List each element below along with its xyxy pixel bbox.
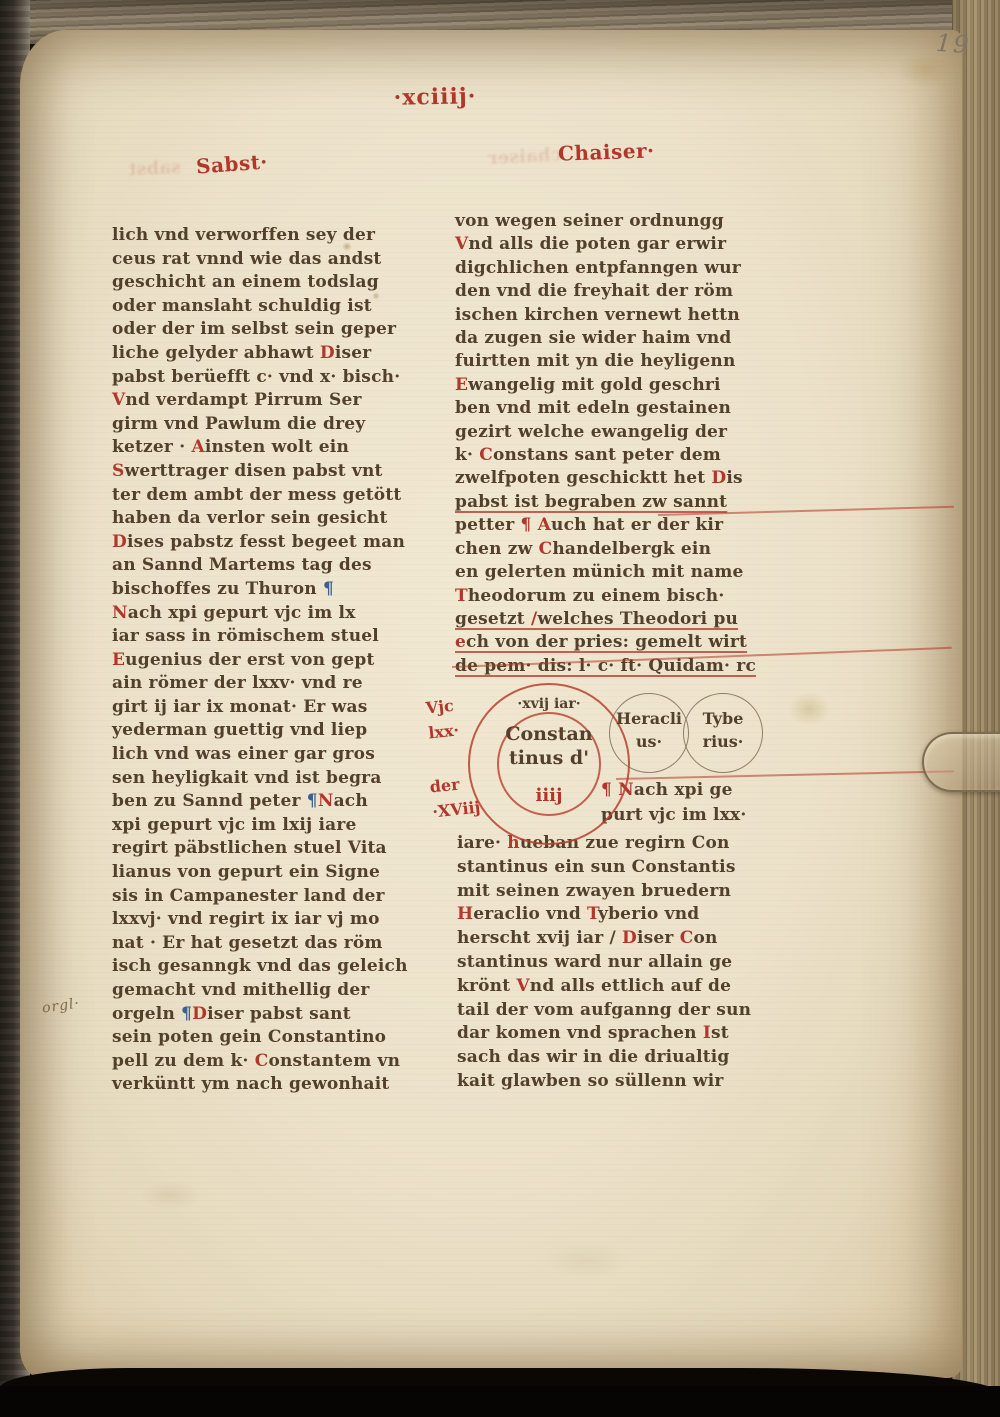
text-line: geschicht an einem todslag	[112, 271, 388, 295]
ink-text: pell zu dem k·	[112, 1051, 255, 1071]
ink-text: xpi gepurt vjc im lxij iare	[112, 815, 357, 835]
text-line: ain römer der lxxv· vnd re	[112, 672, 388, 696]
rubricated-text: I	[703, 1023, 711, 1043]
rubricated-text: C	[479, 445, 493, 465]
rubricated-text: D	[320, 343, 335, 363]
ink-text: ach xpi ge	[634, 780, 733, 800]
ink-text: stantinus ein sun Constantis	[457, 857, 736, 877]
margin-year-annotation: Vjc lxx·	[424, 693, 460, 746]
text-line: ech von der pries: gemelt wirt	[455, 631, 755, 654]
rubricated-text: E	[455, 375, 468, 395]
text-line: stantinus ward nur allain ge	[457, 951, 757, 975]
ink-text: mit seinen zwayen bruedern	[457, 881, 731, 901]
text-line: Eugenius der erst von gept	[112, 649, 388, 673]
co-ruler-name-line: rius·	[684, 732, 762, 751]
text-line: ischen kirchen vernewt hettn	[455, 304, 755, 327]
text-line: stantinus ein sun Constantis	[457, 856, 757, 880]
text-line: ben vnd mit edeln gestainen	[455, 397, 755, 420]
ink-text: welches Theodori pu	[537, 609, 738, 629]
ink-text: yederman guettig vnd liep	[112, 720, 367, 740]
ink-text: uch hat er der kir	[551, 515, 723, 535]
ink-text: lich vnd was einer gar gros	[112, 744, 375, 764]
ink-text: eraclio vnd	[473, 904, 587, 924]
ink-text: ain römer der lxxv· vnd re	[112, 673, 363, 693]
rubricated-text: T	[455, 586, 468, 606]
ink-text: nat · Er hat gesetzt das röm	[112, 933, 383, 953]
right-text-column-upper: von wegen seiner ordnunggVnd alls die po…	[455, 210, 755, 678]
photo-background-bottom	[0, 1368, 1000, 1417]
ink-text: lich vnd verworffen sey der	[112, 225, 375, 245]
text-line: en gelerten münich mit name	[455, 561, 755, 584]
rubricated-text: S	[112, 461, 124, 481]
rubricated-text: N	[318, 791, 334, 811]
ink-text: herscht xvij iar /	[457, 928, 622, 948]
rubricated-text: A	[538, 515, 551, 535]
ink-text: purt vjc im lxx·	[601, 805, 746, 825]
ink-text: verküntt ym nach gewonhait	[112, 1074, 389, 1094]
text-line: sen heyligkait vnd ist begra	[112, 767, 388, 791]
ink-text: onstantem vn	[268, 1051, 400, 1071]
text-line: lich vnd verworffen sey der	[112, 224, 388, 248]
rubricated-text: V	[455, 234, 468, 254]
blue-paragraph-mark: ¶	[181, 1004, 192, 1024]
ink-text: pabst berüefft c· vnd x· bisch·	[112, 367, 400, 387]
text-line: ter dem ambt der mess getött	[112, 484, 388, 508]
left-text-column: lich vnd verworffen sey derceus rat vnnd…	[112, 224, 388, 1097]
column-header-emperor: Chaiser·	[558, 138, 655, 165]
ink-text: iser pabst sant	[207, 1004, 351, 1024]
rubricated-text: V	[516, 976, 529, 996]
rubricated-text: C	[539, 539, 553, 559]
ink-text: ugenius der erst von gept	[125, 650, 374, 670]
ink-text: haben da verlor sein gesicht	[112, 508, 388, 528]
blue-paragraph-mark: ¶	[307, 791, 318, 811]
text-line: k· Constans sant peter dem	[455, 444, 755, 467]
ink-text: oder der im selbst sein geper	[112, 319, 396, 339]
text-line: Swerttrager disen pabst vnt	[112, 460, 388, 484]
text-line: da zugen sie wider haim vnd	[455, 327, 755, 350]
text-line: sach das wir in die driualtig	[457, 1046, 757, 1070]
ink-text: onstans sant peter dem	[493, 445, 721, 465]
text-line: kait glawben so süllenn wir	[457, 1070, 757, 1094]
ink-text: de pem· dis: l· c· ft· Quidam· rc	[455, 656, 756, 676]
ink-text: sen heyligkait vnd ist begra	[112, 768, 382, 788]
emperor-name-line: tinus d'	[470, 747, 628, 769]
text-line: an Sannd Martems tag des	[112, 554, 388, 578]
ink-text: ketzer ·	[112, 437, 191, 457]
ink-text: dar komen vnd sprachen	[457, 1023, 703, 1043]
ink-text: von wegen seiner ordnungg	[455, 211, 724, 231]
ink-text: orgeln	[112, 1004, 181, 1024]
text-line: Ewangelig mit gold geschri	[455, 374, 755, 397]
rubricated-text: V	[112, 390, 125, 410]
ink-text: sein poten gein Constantino	[112, 1027, 386, 1047]
ink-text: is	[726, 468, 742, 488]
ink-text: ischen kirchen vernewt hettn	[455, 305, 740, 325]
text-line: Theodorum zu einem bisch·	[455, 585, 755, 608]
ink-text: kait glawben so süllenn wir	[457, 1071, 724, 1091]
reign-years-label: ·xvij iar·	[470, 696, 628, 712]
ink-text: insten wolt ein	[205, 437, 349, 457]
text-line: pabst berüefft c· vnd x· bisch·	[112, 366, 388, 390]
ink-text: iar sass in römischem stuel	[112, 626, 379, 646]
text-line: ben zu Sannd peter ¶Nach	[112, 790, 388, 814]
ink-text: ach	[334, 791, 368, 811]
text-line: digchlichen entpfanngen wur	[455, 257, 755, 280]
ink-text: krönt	[457, 976, 516, 996]
ink-text: handelbergk ein	[552, 539, 711, 559]
emperor-name-line: Constan	[470, 723, 628, 745]
text-line: iar sass in römischem stuel	[112, 625, 388, 649]
text-line: orgeln ¶Diser pabst sant	[112, 1003, 388, 1027]
text-line: Vnd verdampt Pirrum Ser	[112, 389, 388, 413]
ink-text: sis in Campanester land der	[112, 886, 385, 906]
co-ruler-roundel-heraclius: Heracli us·	[609, 693, 689, 773]
ink-text: lxxvj· vnd regirt ix iar vj mo	[112, 909, 380, 929]
ink-text: sach das wir in die driualtig	[457, 1047, 730, 1067]
text-line: gemacht vnd mithellig der	[112, 979, 388, 1003]
manuscript-photo: 19 ·xciiij· sabst chaiser Sabst· Chaiser…	[0, 0, 1000, 1417]
text-line: oder manslaht schuldig ist	[112, 295, 388, 319]
ink-text: ter dem ambt der mess getött	[112, 485, 401, 505]
text-line: Vnd alls die poten gar erwir	[455, 233, 755, 256]
rubricated-text: e	[455, 632, 466, 652]
co-ruler-name-line: us·	[610, 732, 688, 751]
ink-text: pabst ist begraben zw sannt	[455, 492, 727, 512]
ink-text: ben zu Sannd peter	[112, 791, 307, 811]
ink-text: ceus rat vnnd wie das andst	[112, 249, 381, 269]
ink-text: ises pabstz fesst begeet man	[127, 532, 405, 552]
ink-text: isch gesanngk vnd das geleich	[112, 956, 408, 976]
emperor-numeral: iiij	[470, 785, 628, 806]
ink-text: gesetzt	[455, 609, 531, 629]
emperor-roundel: ·xvij iar· Constan tinus d' iiij	[468, 683, 630, 845]
text-line: dar komen vnd sprachen Ist	[457, 1022, 757, 1046]
rubricated-text: C	[255, 1051, 269, 1071]
text-line: nat · Er hat gesetzt das röm	[112, 932, 388, 956]
show-through-text: sabst	[127, 157, 181, 181]
column-header-pope: Sabst·	[195, 150, 268, 179]
text-line: xpi gepurt vjc im lxij iare	[112, 814, 388, 838]
text-line: chen zw Chandelbergk ein	[455, 538, 755, 561]
text-line: fuirtten mit yn die heyligenn	[455, 350, 755, 373]
text-line: petter ¶ Auch hat er der kir	[455, 514, 755, 537]
text-line: lich vnd was einer gar gros	[112, 743, 388, 767]
text-line: krönt Vnd alls ettlich auf de	[457, 975, 757, 999]
rubricated-text: C	[680, 928, 694, 948]
text-line: isch gesanngk vnd das geleich	[112, 955, 388, 979]
ink-text: girm vnd Pawlum die drey	[112, 414, 365, 434]
ink-text: on	[693, 928, 717, 948]
ink-text: girt ij iar ix monat· Er was	[112, 697, 368, 717]
stain	[788, 692, 830, 726]
ink-text: petter	[455, 515, 521, 535]
text-line: Heraclio vnd Tyberio vnd	[457, 903, 757, 927]
text-line: Nach xpi gepurt vjc im lx	[112, 602, 388, 626]
co-ruler-name-line: Tybe	[684, 709, 762, 728]
show-through-text: chaiser	[488, 144, 563, 169]
co-ruler-name-line: Heracli	[610, 709, 688, 728]
rubricated-text: N	[112, 603, 128, 623]
rubricated-text: T	[587, 904, 598, 924]
text-line: lianus von gepurt ein Signe	[112, 861, 388, 885]
rubricated-text: D	[622, 928, 637, 948]
ink-text: regirt päbstlichen stuel Vita	[112, 838, 387, 858]
ink-text: heodorum zu einem bisch·	[468, 586, 725, 606]
ink-text: digchlichen entpfanngen wur	[455, 258, 741, 278]
rubricated-text: D	[112, 532, 127, 552]
text-line: mit seinen zwayen bruedern	[457, 880, 757, 904]
rubricated-text: D	[192, 1004, 207, 1024]
ink-text: nd alls die poten gar erwir	[468, 234, 726, 254]
ink-text: chen zw	[455, 539, 539, 559]
text-line: Dises pabstz fesst begeet man	[112, 531, 388, 555]
text-line: gezirt welche ewangelig der	[455, 421, 755, 444]
ink-text: den vnd die freyhait der röm	[455, 281, 733, 301]
text-line: de pem· dis: l· c· ft· Quidam· rc	[455, 655, 755, 678]
ink-text: liche gelyder abhawt	[112, 343, 320, 363]
text-line: purt vjc im lxx·	[601, 803, 761, 828]
margin-year-line: Vjc	[424, 693, 457, 721]
text-line: den vnd die freyhait der röm	[455, 280, 755, 303]
text-line: zwelfpoten geschicktt het Dis	[455, 467, 755, 490]
ink-text: zwelfpoten geschicktt het	[455, 468, 711, 488]
text-line: bischoffes zu Thuron ¶	[112, 578, 388, 602]
ink-text: iser	[637, 928, 680, 948]
text-line: sein poten gein Constantino	[112, 1026, 388, 1050]
folio-number: 19	[935, 29, 971, 59]
rubricated-text: E	[112, 650, 125, 670]
ink-text: tail der vom aufganng der sun	[457, 1000, 751, 1020]
co-ruler-roundel-tiberius: Tybe rius·	[683, 693, 763, 773]
text-line: gesetzt /welches Theodori pu	[455, 608, 755, 631]
ink-text: ben vnd mit edeln gestainen	[455, 398, 731, 418]
text-line: pabst ist begraben zw sannt	[455, 491, 755, 514]
text-line: von wegen seiner ordnungg	[455, 210, 755, 233]
ink-text: an Sannd Martems tag des	[112, 555, 372, 575]
blue-paragraph-mark: ¶	[323, 579, 334, 599]
ink-text: bischoffes zu Thuron	[112, 579, 323, 599]
text-line: verküntt ym nach gewonhait	[112, 1073, 388, 1097]
text-line: ceus rat vnnd wie das andst	[112, 248, 388, 272]
text-line: tail der vom aufganng der sun	[457, 999, 757, 1023]
text-line: oder der im selbst sein geper	[112, 318, 388, 342]
text-line: ketzer · Ainsten wolt ein	[112, 436, 388, 460]
text-line: iare· hueban zue regirn Con	[457, 832, 757, 856]
margin-year-line: lxx·	[427, 717, 460, 745]
rubricated-text: ¶	[521, 515, 538, 535]
ink-text: wangelig mit gold geschri	[468, 375, 721, 395]
ink-text: fuirtten mit yn die heyligenn	[455, 351, 736, 371]
ink-text: k·	[455, 445, 479, 465]
rubricated-text: H	[457, 904, 473, 924]
rubricated-text: D	[711, 468, 726, 488]
ink-text: gezirt welche ewangelig der	[455, 422, 727, 442]
ink-text: da zugen sie wider haim vnd	[455, 328, 732, 348]
chapter-heading: ·xciiij·	[330, 82, 540, 112]
ink-text: ach xpi gepurt vjc im lx	[128, 603, 356, 623]
ink-text: en gelerten münich mit name	[455, 562, 744, 582]
page-tab-clasp	[922, 732, 1000, 792]
ink-text: nd alls ettlich auf de	[530, 976, 731, 996]
text-line: yederman guettig vnd liep	[112, 719, 388, 743]
ink-text: ch von der pries: gemelt wirt	[466, 632, 747, 652]
text-line: liche gelyder abhawt Diser	[112, 342, 388, 366]
ink-text: stantinus ward nur allain ge	[457, 952, 732, 972]
rubricated-text: A	[191, 437, 204, 457]
ink-text: oder manslaht schuldig ist	[112, 296, 372, 316]
ink-text: lianus von gepurt ein Signe	[112, 862, 380, 882]
ink-text: werttrager disen pabst vnt	[124, 461, 382, 481]
text-line: girt ij iar ix monat· Er was	[112, 696, 388, 720]
ink-text: geschicht an einem todslag	[112, 272, 379, 292]
ink-text: iser	[335, 343, 372, 363]
ink-text: nd verdampt Pirrum Ser	[125, 390, 361, 410]
ink-text: gemacht vnd mithellig der	[112, 980, 370, 1000]
text-line: lxxvj· vnd regirt ix iar vj mo	[112, 908, 388, 932]
stain	[540, 1240, 630, 1280]
text-line: sis in Campanester land der	[112, 885, 388, 909]
text-line: haben da verlor sein gesicht	[112, 507, 388, 531]
ink-text: yberio vnd	[598, 904, 699, 924]
text-line: herscht xvij iar / Diser Con	[457, 927, 757, 951]
text-line: regirt päbstlichen stuel Vita	[112, 837, 388, 861]
text-line: girm vnd Pawlum die drey	[112, 413, 388, 437]
ink-text: iare·	[457, 833, 507, 853]
text-line: pell zu dem k· Constantem vn	[112, 1050, 388, 1074]
ink-text: st	[711, 1023, 729, 1043]
stain	[140, 1180, 200, 1210]
right-text-column-lower: iare· hueban zue regirn Constantinus ein…	[457, 832, 757, 1094]
